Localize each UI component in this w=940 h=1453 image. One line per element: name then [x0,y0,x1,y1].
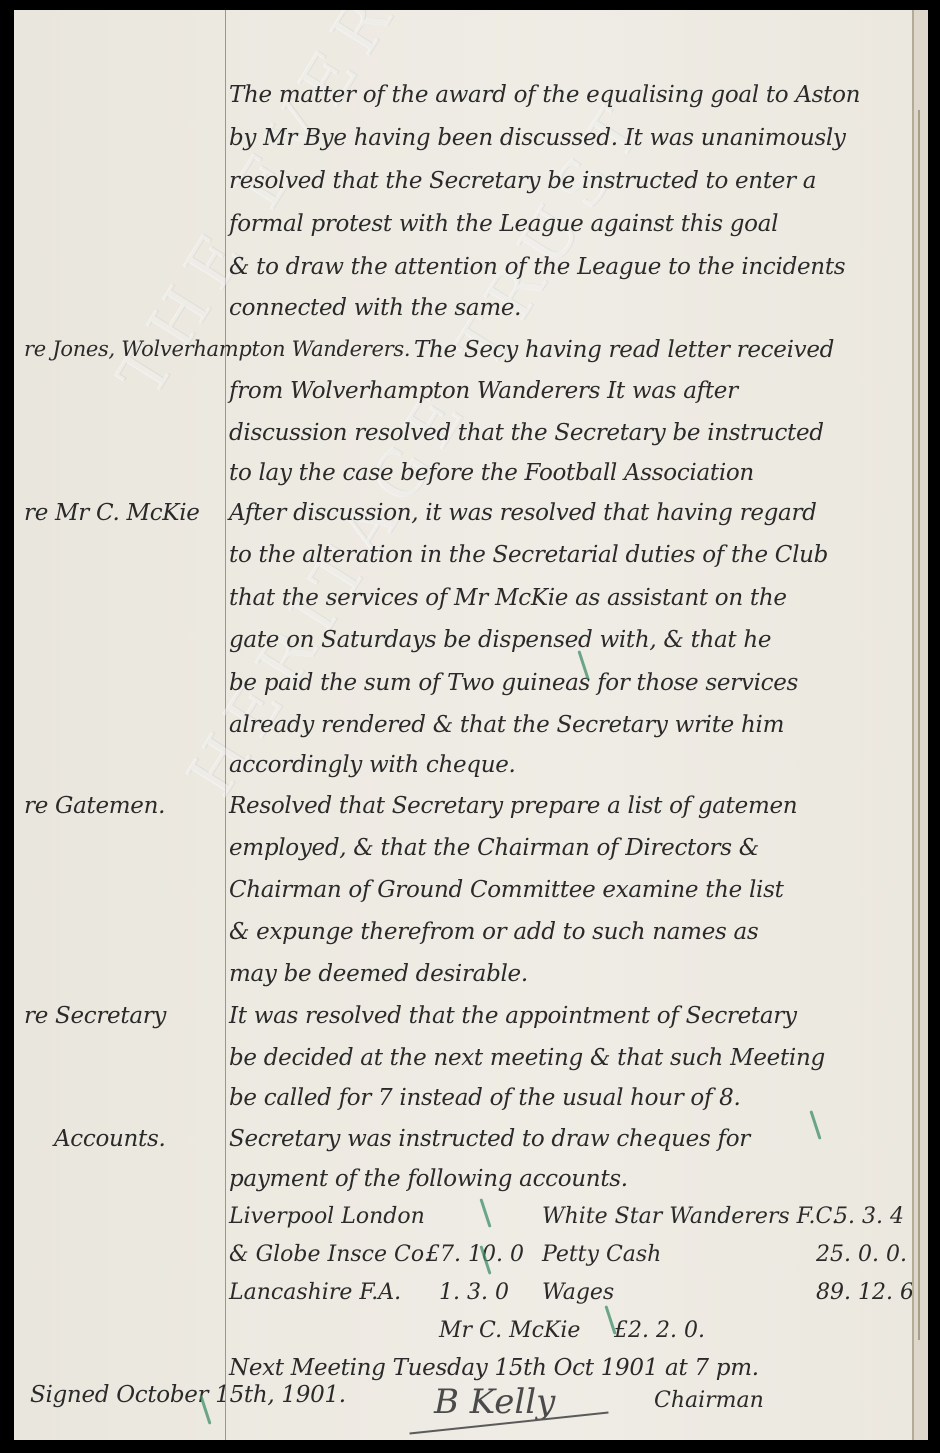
green-tick-mark [809,1110,821,1139]
margin-label-accounts: Accounts. [54,1126,166,1152]
body-line: may be deemed desirable. [229,961,528,987]
account-payee: Wages [542,1280,614,1305]
account-payee: Mr C. McKie [439,1318,580,1343]
body-line: from Wolverhampton Wanderers It was afte… [229,378,738,404]
account-amount: £2. 2. 0. [614,1318,705,1343]
margin-label-secretary: re Secretary [24,1003,166,1029]
account-payee: White Star Wanderers F.C. [542,1204,839,1229]
body-line: It was resolved that the appointment of … [229,1003,797,1029]
margin-label-jones: re Jones, Wolverhampton Wanderers. [24,337,410,361]
body-line: payment of the following accounts. [229,1166,628,1192]
body-line: be paid the sum of Two guineas for those… [229,670,798,696]
account-payee: Petty Cash [542,1242,661,1267]
body-line: that the services of Mr McKie as assista… [229,585,787,611]
body-line: Secretary was instructed to draw cheques… [229,1126,750,1152]
body-line: & expunge therefrom or add to such names… [229,919,758,945]
body-line: resolved that the Secretary be instructe… [229,168,816,194]
red-margin-rule [225,10,226,1440]
body-line: employed, & that the Chairman of Directo… [229,835,759,861]
account-amount: 25. 0. 0. [816,1242,907,1267]
body-line: be called for 7 instead of the usual hou… [229,1085,741,1111]
body-line: The Secy having read letter received [414,337,834,363]
account-amount: 5. 3. 4 [834,1204,904,1229]
body-line: be decided at the next meeting & that su… [229,1045,825,1071]
next-meeting-note: Next Meeting Tuesday 15th Oct 1901 at 7 … [229,1355,759,1381]
green-tick-mark [479,1198,491,1227]
body-line: to lay the case before the Football Asso… [229,460,754,486]
body-line: & to draw the attention of the League to… [229,254,845,280]
body-line: discussion resolved that the Secretary b… [229,420,824,446]
margin-label-gatemen: re Gatemen. [24,793,165,819]
page-stack-edge [912,10,928,1440]
watermark-line-2: HERITAGE TRUST [174,86,664,810]
body-line: The matter of the award of the equalisin… [229,82,860,108]
account-payee: Liverpool London [229,1204,425,1229]
account-payee: Lancashire F.A. [229,1280,401,1305]
body-line: formal protest with the League against t… [229,211,778,237]
minute-book-page: THE EVERTON HERITAGE TRUST The matter of… [14,10,922,1440]
account-payee: & Globe Insce Co. [229,1242,431,1267]
body-line: After discussion, it was resolved that h… [229,500,817,526]
body-line: to the alteration in the Secretarial dut… [229,542,828,568]
margin-label-mckie: re Mr C. McKie [24,500,200,526]
account-amount: £7. 10. 0 [426,1242,524,1267]
account-amount: 1. 3. 0 [439,1280,509,1305]
body-line: Chairman of Ground Committee examine the… [229,877,784,903]
body-line: gate on Saturdays be dispensed with, & t… [229,627,771,653]
body-line: accordingly with cheque. [229,752,516,778]
chairman-title: Chairman [654,1388,764,1413]
body-line: by Mr Bye having been discussed. It was … [229,125,846,151]
chairman-signature: B Kelly [434,1382,555,1422]
body-line: already rendered & that the Secretary wr… [229,712,784,738]
body-line: Resolved that Secretary prepare a list o… [229,793,797,819]
signed-date: Signed October 15th, 1901. [30,1382,346,1408]
account-amount: 89. 12. 6. [816,1280,921,1305]
body-line: connected with the same. [229,295,521,321]
